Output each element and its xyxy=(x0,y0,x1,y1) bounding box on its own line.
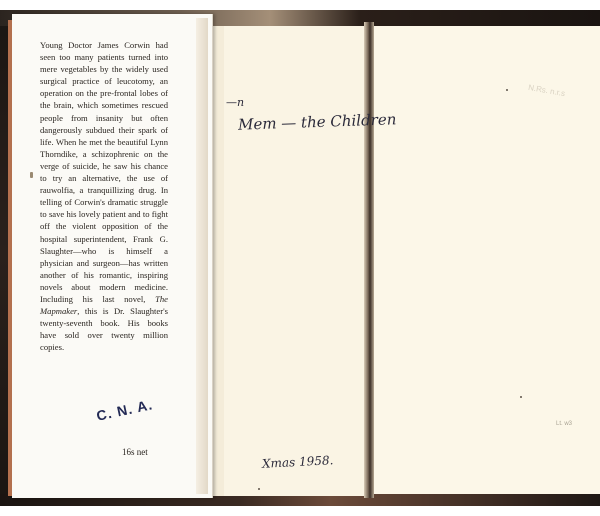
book-photo: Young Doctor James Corwin had seen too m… xyxy=(0,0,600,516)
blurb-text: Young Doctor James Corwin had seen too m… xyxy=(40,40,168,304)
left-endpaper xyxy=(224,26,364,496)
flap-blurb: Young Doctor James Corwin had seen too m… xyxy=(40,39,168,353)
price-label: 16s net xyxy=(122,447,148,457)
ink-speck xyxy=(258,488,260,490)
ink-speck xyxy=(520,396,522,398)
ink-speck xyxy=(506,89,508,91)
flap-underlay xyxy=(212,26,224,496)
inscription-line-1: —n xyxy=(226,96,244,109)
pencil-note-bottom: Lt. w3 xyxy=(556,421,572,427)
paper-mark xyxy=(30,172,33,178)
flap-fold xyxy=(196,18,208,494)
book-gutter xyxy=(364,22,374,498)
